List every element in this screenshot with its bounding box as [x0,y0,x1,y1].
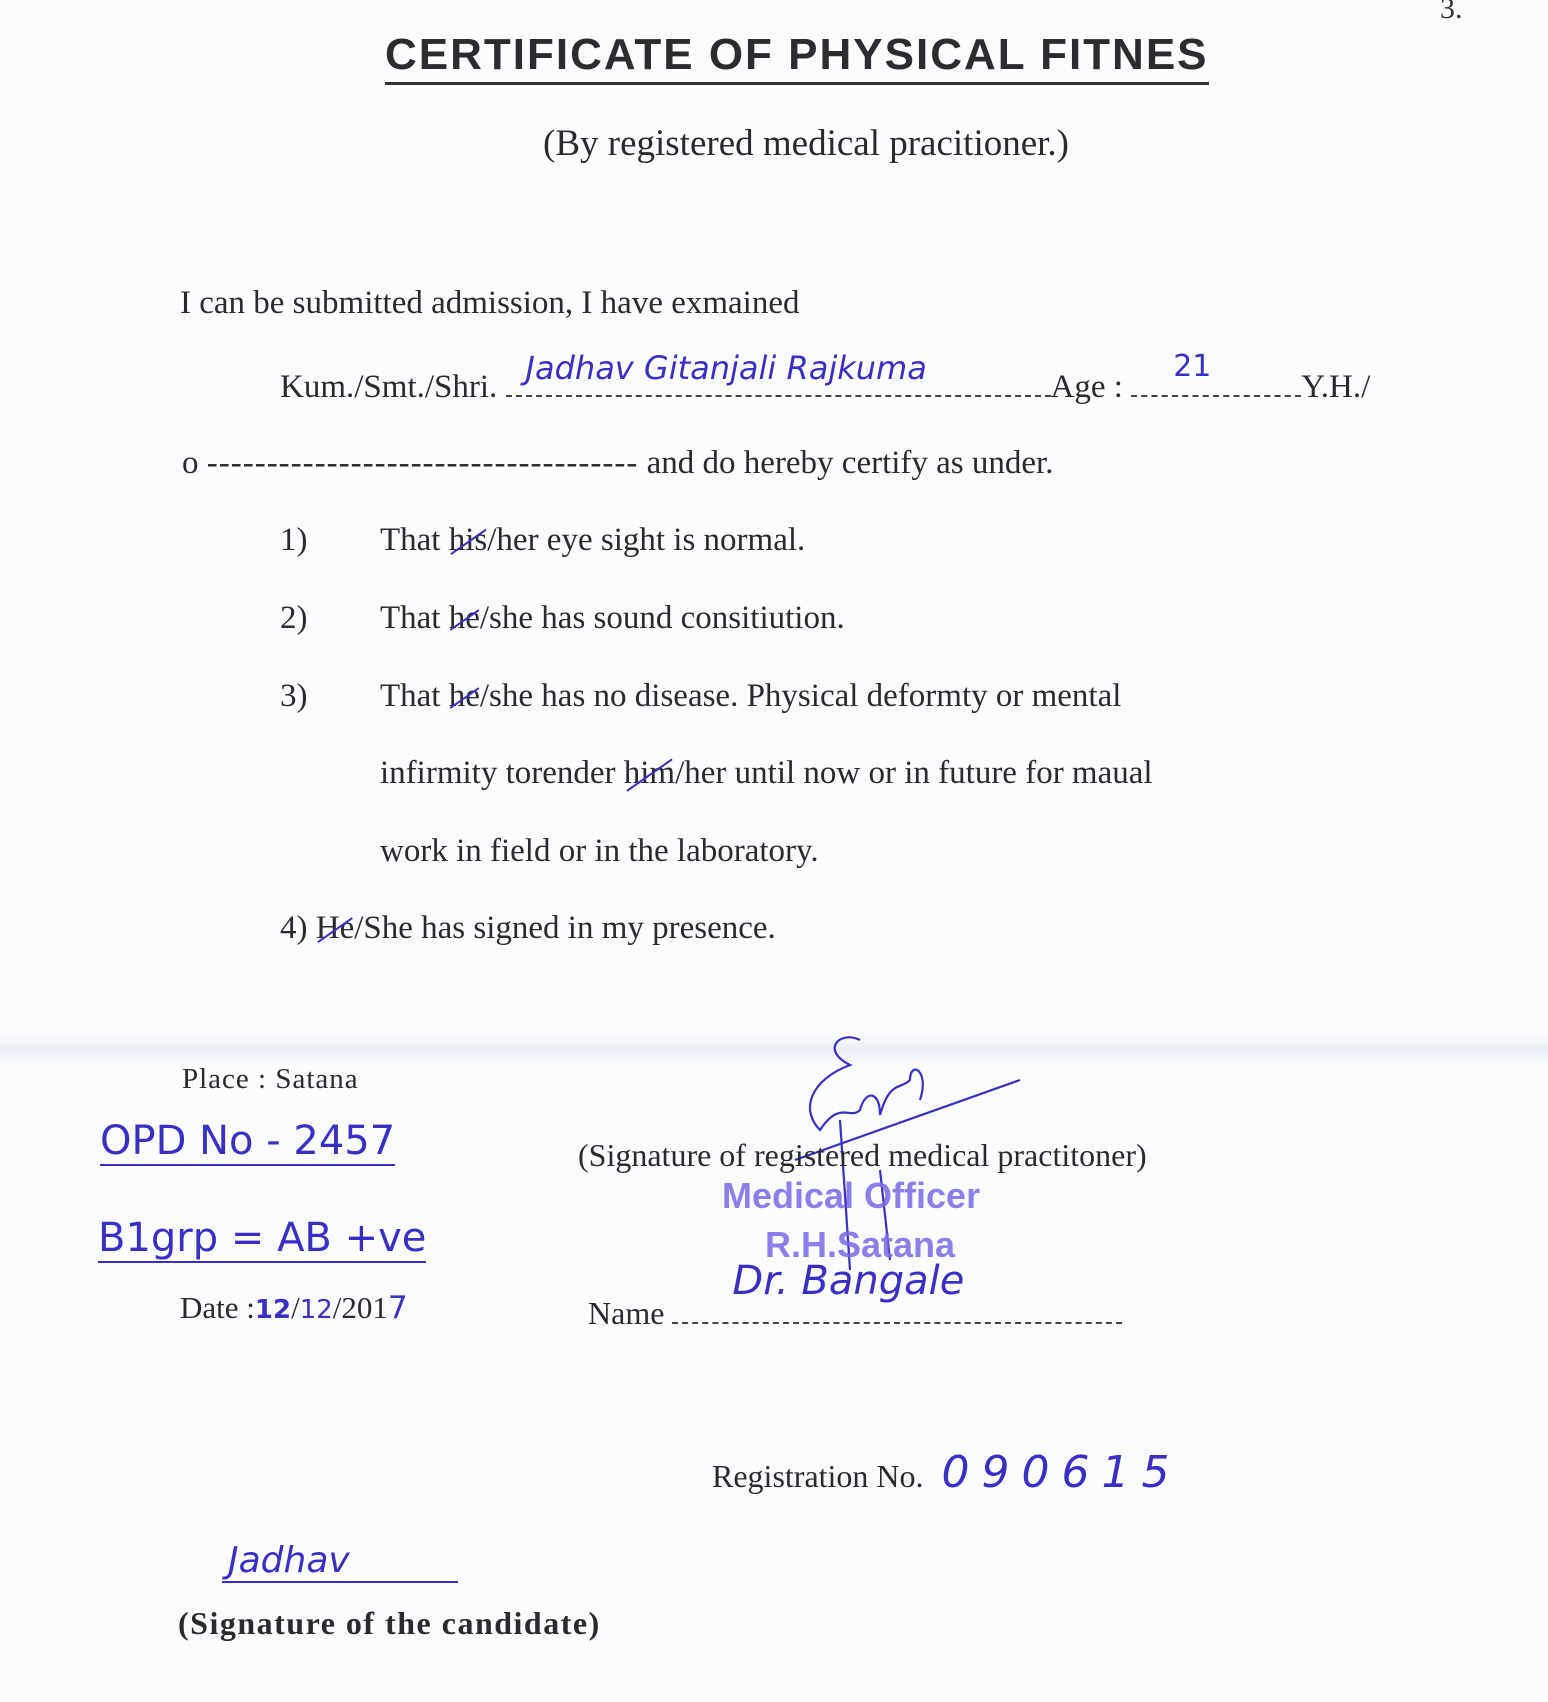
registration-row: Registration No. 090615 [712,1447,1182,1498]
clause-4-number: 4) [280,910,308,946]
place-label: Place : Satana [182,1063,359,1096]
page-mark: 3. [1440,0,1463,26]
date-label: Date : [180,1290,255,1325]
candidate-signature-label: (Signature of the candidate) [178,1605,601,1642]
certify-line: o ------------------------------------ a… [182,445,1053,482]
date-month: 12 [300,1295,333,1325]
clause-4: 4) He/She has signed in my presence. [280,910,776,947]
certify-text: and do hereby certify as under. [647,445,1054,481]
doctor-name-field: Dr. Bangale [672,1296,1122,1324]
certificate-subtitle: (By registered medical pracitioner.) [543,122,1069,165]
candidate-name-field: Jadhav Gitanjali Rajkuma [506,365,1051,397]
stamp-medical-officer: Medical Officer [722,1175,980,1217]
date-year-suffix: 7 [388,1290,408,1326]
opd-note-text: OPD No - 2457 [100,1118,395,1166]
doctor-name-value: Dr. Bangale [732,1258,964,1304]
blood-group-note: B1grp = AB +ve [98,1215,426,1261]
age-label: Age : [1051,369,1123,405]
practitioner-signature-label: (Signature of registered medical practit… [578,1137,1147,1174]
date-day: 12 [255,1295,291,1325]
clause-text: That [380,522,449,558]
age-suffix: Y.H./ [1301,369,1370,405]
clause-3-line-2: infirmity torender him/her until now or … [380,755,1153,792]
clause-text: /She has signed in my presence. [354,910,776,946]
struck-word: he [449,600,480,637]
candidate-name-value: Jadhav Gitanjali Rajkuma [526,349,927,387]
age-field: 21 [1131,365,1301,397]
intro-line: I can be submitted admission, I have exm… [180,285,800,322]
date-year-prefix: /201 [333,1290,388,1325]
clause-text: /she has sound consitiution. [480,600,845,636]
struck-word: his [449,522,488,559]
clause-3: That he/she has no disease. Physical def… [380,678,1121,715]
name-prefix: Kum./Smt./Shri. [280,369,497,405]
clause-text: /her until now or in future for maual [675,755,1152,791]
clause-2: That he/she has sound consitiution. [380,600,845,637]
clause-3-line-3: work in field or in the laboratory. [380,833,819,870]
blank-dashes: ------------------------------------ [207,445,639,481]
clause-text: /her eye sight is normal. [487,522,805,558]
date-row: Date :12/12/2017 [180,1290,408,1326]
clause-text: That [380,600,449,636]
certificate-title: CERTIFICATE OF PHYSICAL FITNES [385,30,1209,85]
age-value: 21 [1173,349,1211,384]
clause-2-number: 2) [280,600,308,637]
name-label: Name [588,1295,664,1331]
candidate-name-row: Kum./Smt./Shri. Jadhav Gitanjali Rajkuma… [280,365,1370,406]
blood-group-text: B1grp = AB +ve [98,1215,426,1263]
registration-number: 090615 [942,1447,1182,1498]
clause-3-number: 3) [280,678,308,715]
clause-text: That [380,678,449,714]
paper-fold-shadow [0,1035,1548,1065]
clause-1-number: 1) [280,522,308,559]
opd-number-note: OPD No - 2457 [100,1118,395,1164]
doctor-name-row: Name Dr. Bangale [588,1295,1122,1332]
line-prefix: o [182,445,199,481]
candidate-signature: Jadhav [222,1540,458,1583]
struck-word: He [316,910,354,947]
clause-text: infirmity torender [380,755,624,791]
registration-label: Registration No. [712,1458,924,1494]
struck-word: he [449,678,480,715]
clause-1: That his/her eye sight is normal. [380,522,805,559]
struck-word: him [624,755,675,792]
clause-text: /she has no disease. Physical deformty o… [480,678,1122,714]
